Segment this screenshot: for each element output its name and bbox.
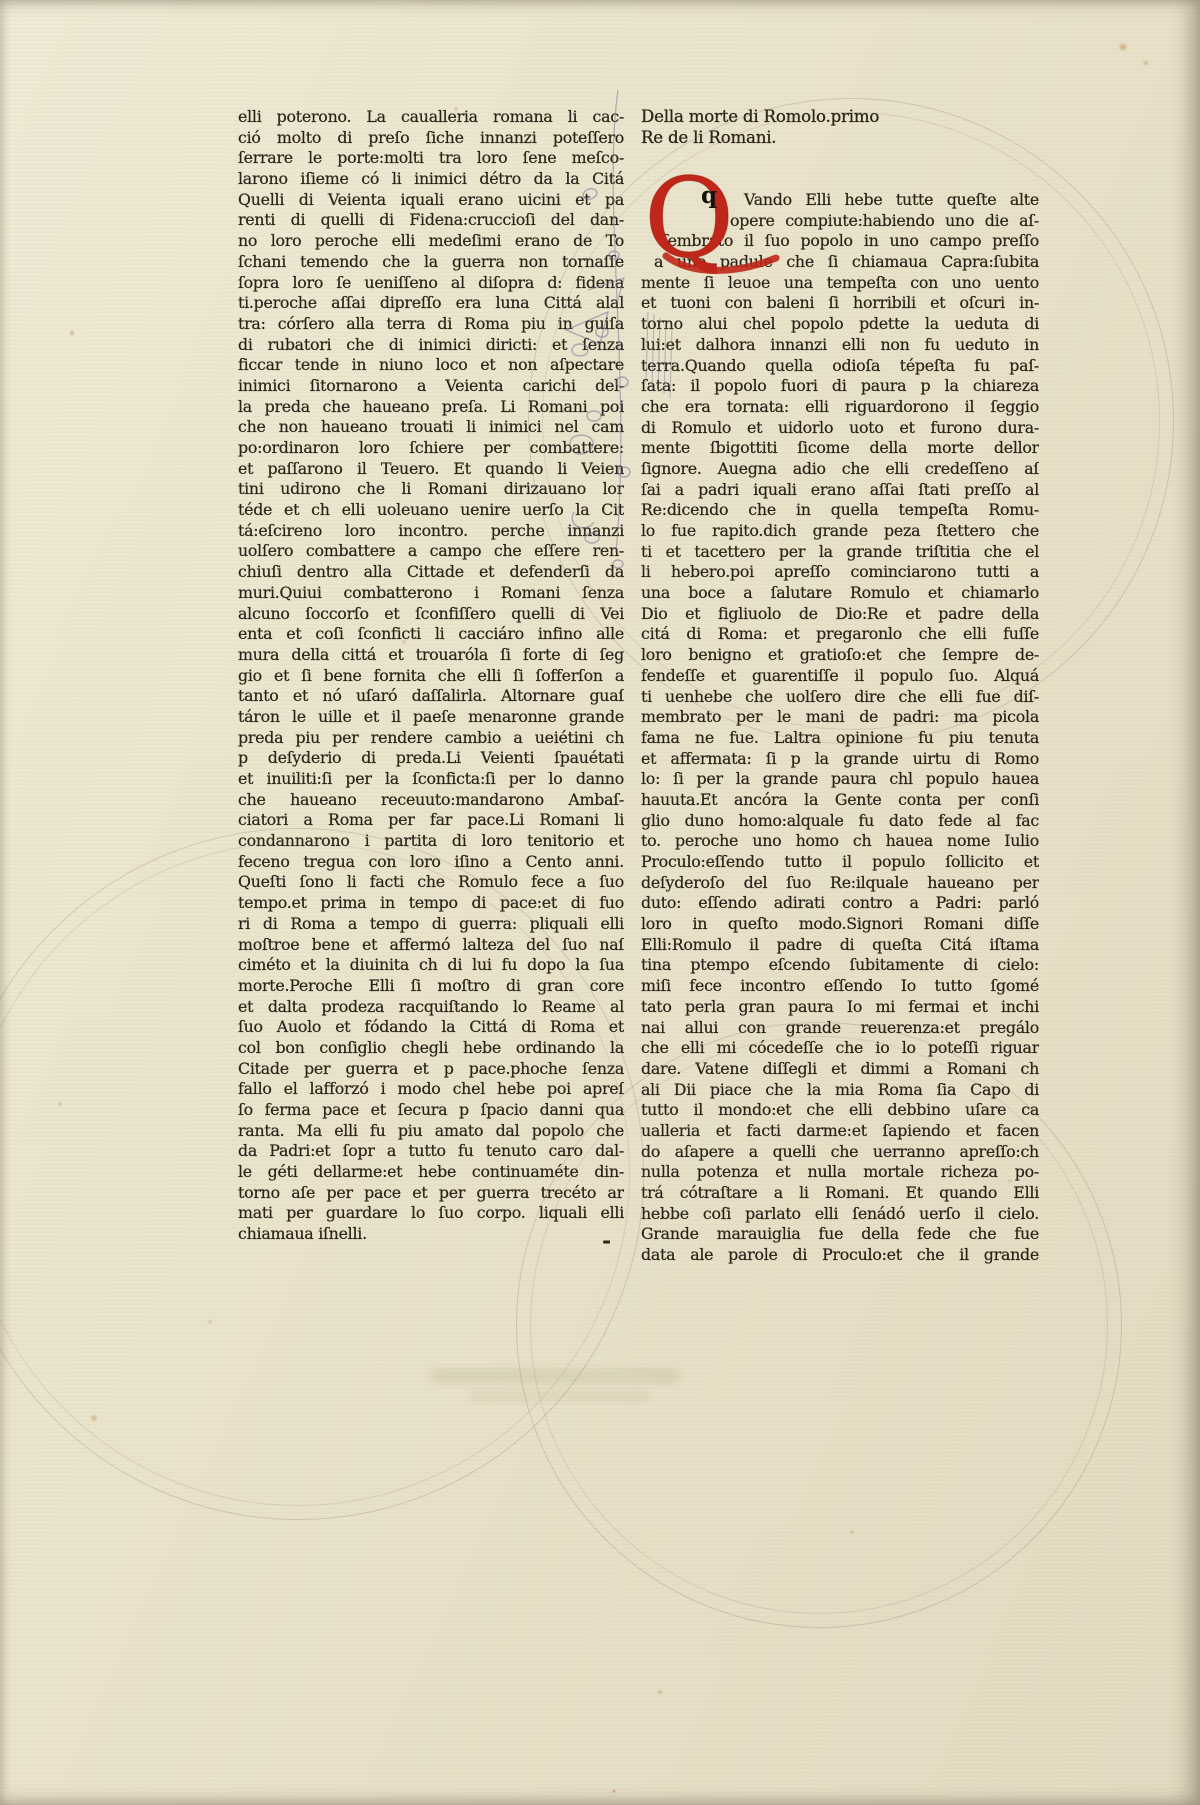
text-line: Elli:Romulo il padre di queſta Citá iſta… (641, 935, 1039, 956)
text-line: che haueano receuuto:mandarono Ambaſ- (238, 790, 624, 811)
show-through-smudge (430, 1368, 680, 1384)
text-line: hauuta.Et ancóra la Gente conta per conſ… (641, 790, 1039, 811)
watermark-circle (516, 1022, 1122, 1628)
text-line: enta et coſi ſconficti li cacciáro infin… (238, 624, 624, 645)
text-line: tato perla gran paura Io mi fermai et in… (641, 997, 1039, 1018)
text-line: alcuno ſoccorſo et ſconfiſſero quelli di… (238, 604, 624, 625)
text-line: táron le uille et il paeſe menaronne gra… (238, 707, 624, 728)
text-line: deſyderoſo del ſuo Re:ilquale haueano pe… (641, 873, 1039, 894)
text-line: loro in queſto modo.Signori Romani diſſe (641, 914, 1039, 935)
margin-dash-mark: - (602, 1228, 611, 1254)
text-line: glio duno homo:alquale fu dato fede al f… (641, 811, 1039, 832)
guide-letter-q: q (701, 184, 717, 207)
show-through-smudge (470, 1390, 650, 1402)
pen-trials-marginalia (560, 82, 680, 602)
text-line: preda piu per rendere cambio a ueiétini … (238, 728, 624, 749)
text-line: miſi fece incontro eſſendo Io tutto ſgom… (641, 976, 1039, 997)
text-line: lo: ſi per la grande paura chl populo ha… (641, 769, 1039, 790)
text-line: et affermata: ſi p la grande uirtu di Ro… (641, 749, 1039, 770)
text-line: Proculo:eſſendo tutto il populo ſollicit… (641, 852, 1039, 873)
text-line: mura della cittá et trouaróla ſi forte d… (238, 645, 624, 666)
text-line: gio et ſi bene fornita che elli ſi ſoffe… (238, 666, 624, 687)
text-line: p deſyderio di preda.Li Veienti ſpauétat… (238, 748, 624, 769)
text-line: tina ptempo eſcendo ſubitamente di cielo… (641, 955, 1039, 976)
text-line: duto: eſſendo adirati contro a Padri: pa… (641, 893, 1039, 914)
book-page: elli poterono. La caualleria romana li c… (0, 0, 1200, 1805)
text-line: to. peroche uno homo ch hauea nome Iulio (641, 831, 1039, 852)
text-line: tanto et nó uſaró daſſalirla. Altornare … (238, 686, 624, 707)
text-line: et inuiliti:ſi per la ſconficta:ſi per l… (238, 769, 624, 790)
